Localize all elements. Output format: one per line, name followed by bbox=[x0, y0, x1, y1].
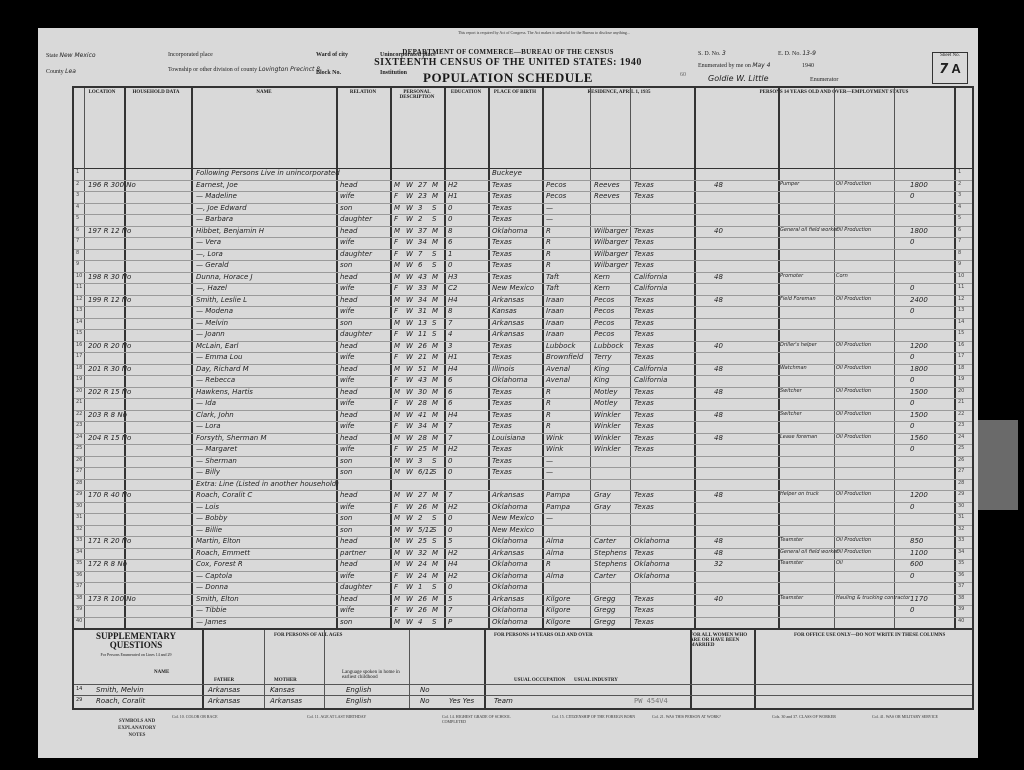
row-res-city: Pampa bbox=[546, 503, 570, 511]
row-race: W bbox=[406, 215, 413, 223]
row-relation: wife bbox=[340, 238, 354, 246]
row-res-county: Kern bbox=[594, 284, 610, 292]
row-line-number-right: 6 bbox=[958, 227, 961, 233]
row-industry: Oil Production bbox=[836, 434, 871, 440]
row-res-state: Texas bbox=[634, 399, 654, 407]
row-res-city: Iraan bbox=[546, 319, 564, 327]
row-relation: head bbox=[340, 388, 357, 396]
row-res-city: R bbox=[546, 411, 551, 419]
row-income: 0 bbox=[910, 376, 914, 384]
row-grade: H4 bbox=[448, 365, 458, 373]
row-line-number-right: 18 bbox=[958, 365, 964, 371]
row-income: 0 bbox=[910, 399, 914, 407]
row-relation: head bbox=[340, 273, 357, 281]
row-income: 1200 bbox=[910, 342, 928, 350]
row-res-county: Winkler bbox=[594, 434, 621, 442]
row-grade: 0 bbox=[448, 583, 452, 591]
row-res-county: Gregg bbox=[594, 606, 616, 614]
row-res-county: Motley bbox=[594, 388, 617, 396]
row-relation: wife bbox=[340, 307, 354, 315]
row-res-county: Stephens bbox=[594, 560, 627, 568]
row-res-city: Iraan bbox=[546, 307, 564, 315]
census-title: SIXTEENTH CENSUS OF THE UNITED STATES: 1… bbox=[328, 57, 688, 68]
row-grade: H2 bbox=[448, 549, 458, 557]
row-race: W bbox=[406, 353, 413, 361]
row-marital: M bbox=[432, 284, 438, 292]
sheet-number-box: Sheet No. 7 A bbox=[932, 52, 968, 84]
row-marital: M bbox=[432, 238, 438, 246]
row-income: 0 bbox=[910, 192, 914, 200]
row-sex: F bbox=[394, 284, 398, 292]
row-marital: S bbox=[432, 618, 436, 626]
row-income: 2400 bbox=[910, 296, 928, 304]
row-birthplace: Texas bbox=[492, 457, 512, 465]
enumerated-date-field: Enumerated by me on May 4 1940 bbox=[698, 62, 814, 69]
census-sheet: This report is required by Act of Congre… bbox=[38, 28, 978, 758]
row-marital: M bbox=[432, 388, 438, 396]
row-birthplace: Texas bbox=[492, 261, 512, 269]
row-grade: H3 bbox=[448, 273, 458, 281]
township-value: Lovington Precinct 8 bbox=[259, 66, 321, 73]
row-name: Extra: Line (Listed in another household… bbox=[196, 480, 339, 488]
row-line-number: 28 bbox=[76, 480, 82, 486]
row-relation: son bbox=[340, 457, 352, 465]
row-industry: Oil Production bbox=[836, 537, 871, 543]
row-birthplace: Oklahoma bbox=[492, 537, 528, 545]
row-race: W bbox=[406, 204, 413, 212]
row-grade: 0 bbox=[448, 514, 452, 522]
row-race: W bbox=[406, 468, 413, 476]
row-res-state: Texas bbox=[634, 227, 654, 235]
row-line-number: 40 bbox=[76, 618, 82, 624]
row-grade: H1 bbox=[448, 192, 458, 200]
row-income: 0 bbox=[910, 572, 914, 580]
row-sex: F bbox=[394, 307, 398, 315]
row-age: 31 bbox=[418, 307, 427, 315]
row-age: 27 bbox=[418, 181, 427, 189]
row-line-number-right: 8 bbox=[958, 250, 961, 256]
row-marital: M bbox=[432, 273, 438, 281]
row-res-county: Wilbarger bbox=[594, 250, 628, 258]
row-grade: 6 bbox=[448, 238, 452, 246]
row-grade: H2 bbox=[448, 181, 458, 189]
row-marital: M bbox=[432, 560, 438, 568]
row-sex: M bbox=[394, 388, 400, 396]
row-age: 7 bbox=[418, 250, 422, 258]
row-race: W bbox=[406, 537, 413, 545]
column-headers: LOCATION HOUSEHOLD DATA NAME RELATION PE… bbox=[74, 88, 972, 169]
row-birthplace: Oklahoma bbox=[492, 572, 528, 580]
row-age: 13 bbox=[418, 319, 427, 327]
row-res-county: Terry bbox=[594, 353, 612, 361]
row-res-city: Kilgore bbox=[546, 618, 570, 626]
row-res-city: Wink bbox=[546, 445, 563, 453]
row-res-city: Wink bbox=[546, 434, 563, 442]
row-hours: 48 bbox=[714, 273, 723, 281]
row-birthplace: Oklahoma bbox=[492, 618, 528, 626]
row-birthplace: Oklahoma bbox=[492, 227, 528, 235]
row-line-number: 2 bbox=[76, 181, 79, 187]
row-grade: H4 bbox=[448, 296, 458, 304]
row-res-state: Texas bbox=[634, 192, 654, 200]
row-res-state: Texas bbox=[634, 250, 654, 258]
row-age: 34 bbox=[418, 422, 427, 430]
row-grade: H4 bbox=[448, 560, 458, 568]
row-name: — Madeline bbox=[196, 192, 237, 200]
row-age: 2 bbox=[418, 514, 422, 522]
row-relation: son bbox=[340, 514, 352, 522]
row-res-county: Wilbarger bbox=[594, 238, 628, 246]
row-birthplace: Texas bbox=[492, 445, 512, 453]
row-age: 34 bbox=[418, 296, 427, 304]
row-birthplace: Texas bbox=[492, 215, 512, 223]
row-sex: F bbox=[394, 422, 398, 430]
row-res-city: R bbox=[546, 227, 551, 235]
row-birthplace: Texas bbox=[492, 273, 512, 281]
row-line-number-right: 40 bbox=[958, 618, 964, 624]
row-line-number: 33 bbox=[76, 537, 82, 543]
row-line-number-right: 28 bbox=[958, 480, 964, 486]
row-marital: M bbox=[432, 296, 438, 304]
row-industry: Oil Production bbox=[836, 365, 871, 371]
row-income: 0 bbox=[910, 353, 914, 361]
row-age: 32 bbox=[418, 549, 427, 557]
row-income: 0 bbox=[910, 238, 914, 246]
row-sex: M bbox=[394, 549, 400, 557]
row-name: —, Lora bbox=[196, 250, 223, 258]
row-line-number: 31 bbox=[76, 514, 82, 520]
row-name: — Joann bbox=[196, 330, 225, 338]
row-line-number-right: 24 bbox=[958, 434, 964, 440]
row-age: 11 bbox=[418, 330, 427, 338]
row-name: —, Joe Edward bbox=[196, 204, 247, 212]
row-line-number: 39 bbox=[76, 606, 82, 612]
row-sex: M bbox=[394, 261, 400, 269]
row-income: 1560 bbox=[910, 434, 928, 442]
row-line-number: 24 bbox=[76, 434, 82, 440]
row-race: W bbox=[406, 572, 413, 580]
row-marital: M bbox=[432, 399, 438, 407]
row-birthplace: New Mexico bbox=[492, 514, 534, 522]
row-line-number: 25 bbox=[76, 445, 82, 451]
row-res-state: Texas bbox=[634, 434, 654, 442]
row-birthplace: Oklahoma bbox=[492, 503, 528, 511]
row-age: 1 bbox=[418, 583, 422, 591]
row-household: 202 R 15 No bbox=[88, 388, 131, 396]
row-line-number-right: 21 bbox=[958, 399, 964, 405]
row-hours: 40 bbox=[714, 227, 723, 235]
row-line-number-right: 26 bbox=[958, 457, 964, 463]
row-name: — Billy bbox=[196, 468, 220, 476]
row-line-number-right: 16 bbox=[958, 342, 964, 348]
row-sex: M bbox=[394, 434, 400, 442]
row-grade: 5 bbox=[448, 595, 452, 603]
row-age: 43 bbox=[418, 376, 427, 384]
row-res-county: Lubbock bbox=[594, 342, 623, 350]
row-birthplace: Texas bbox=[492, 250, 512, 258]
row-relation: head bbox=[340, 434, 357, 442]
row-hours: 48 bbox=[714, 434, 723, 442]
row-line-number-right: 25 bbox=[958, 445, 964, 451]
row-res-state: Texas bbox=[634, 606, 654, 614]
row-line-number: 34 bbox=[76, 549, 82, 555]
row-res-city: R bbox=[546, 422, 551, 430]
row-relation: wife bbox=[340, 376, 354, 384]
row-age: 3 bbox=[418, 457, 422, 465]
row-name: Roach, Coralit C bbox=[196, 491, 252, 499]
row-name: Martin, Elton bbox=[196, 537, 241, 545]
row-birthplace: Oklahoma bbox=[492, 560, 528, 568]
row-line-number-right: 30 bbox=[958, 503, 964, 509]
row-res-city: — bbox=[546, 457, 553, 465]
row-line-number-right: 19 bbox=[958, 376, 964, 382]
row-line-number-right: 23 bbox=[958, 422, 964, 428]
enumerator-field: Goldie W. Little Enumerator bbox=[708, 74, 838, 83]
row-res-county: King bbox=[594, 365, 609, 373]
row-line-number-right: 4 bbox=[958, 204, 961, 210]
row-grade: 7 bbox=[448, 434, 452, 442]
row-line-number-right: 2 bbox=[958, 181, 961, 187]
row-res-county: Winkler bbox=[594, 445, 621, 453]
row-race: W bbox=[406, 365, 413, 373]
row-industry: Oil Production bbox=[836, 491, 871, 497]
row-race: W bbox=[406, 457, 413, 465]
row-birthplace: Arkansas bbox=[492, 319, 524, 327]
row-line-number-right: 13 bbox=[958, 307, 964, 313]
row-name: Smith, Elton bbox=[196, 595, 239, 603]
row-name: — Lora bbox=[196, 422, 221, 430]
row-race: W bbox=[406, 422, 413, 430]
row-line-number-right: 32 bbox=[958, 526, 964, 532]
row-grade: 3 bbox=[448, 342, 452, 350]
row-age: 23 bbox=[418, 192, 427, 200]
row-industry: Oil Production bbox=[836, 549, 871, 555]
row-name: — Emma Lou bbox=[196, 353, 242, 361]
row-res-state: Texas bbox=[634, 330, 654, 338]
row-birthplace: Texas bbox=[492, 204, 512, 212]
row-line-number: 4 bbox=[76, 204, 79, 210]
row-name: Following Persons Live in unincorporated bbox=[196, 169, 340, 177]
row-name: — Melvin bbox=[196, 319, 228, 327]
row-relation: wife bbox=[340, 284, 354, 292]
row-age: 33 bbox=[418, 284, 427, 292]
row-relation: wife bbox=[340, 503, 354, 511]
row-res-state: California bbox=[634, 273, 667, 281]
row-sex: M bbox=[394, 526, 400, 534]
row-occupation: Helper on truck bbox=[780, 491, 819, 497]
row-res-county: Wilbarger bbox=[594, 227, 628, 235]
row-birthplace: Texas bbox=[492, 192, 512, 200]
row-household: 170 R 40 No bbox=[88, 491, 131, 499]
row-birthplace: Arkansas bbox=[492, 330, 524, 338]
row-name: — Donna bbox=[196, 583, 228, 591]
row-occupation: Watchman bbox=[780, 365, 807, 371]
row-income: 0 bbox=[910, 606, 914, 614]
row-res-city: Taft bbox=[546, 284, 559, 292]
row-relation: daughter bbox=[340, 215, 372, 223]
row-hours: 48 bbox=[714, 411, 723, 419]
row-grade: 8 bbox=[448, 227, 452, 235]
row-relation: partner bbox=[340, 549, 366, 557]
row-res-county: Pecos bbox=[594, 330, 614, 338]
row-income: 1800 bbox=[910, 227, 928, 235]
row-birthplace: Oklahoma bbox=[492, 376, 528, 384]
row-household: 196 R 300 No bbox=[88, 181, 136, 189]
row-occupation: Teamster bbox=[780, 595, 803, 601]
row-res-state: California bbox=[634, 376, 667, 384]
row-birthplace: Louisiana bbox=[492, 434, 525, 442]
row-line-number-right: 14 bbox=[958, 319, 964, 325]
row-race: W bbox=[406, 560, 413, 568]
row-marital: S bbox=[432, 330, 436, 338]
row-sex: M bbox=[394, 468, 400, 476]
row-name: Cox, Forest R bbox=[196, 560, 243, 568]
row-res-city: — bbox=[546, 204, 553, 212]
row-marital: S bbox=[432, 204, 436, 212]
row-res-city: R bbox=[546, 560, 551, 568]
row-name: Hibbet, Benjamin H bbox=[196, 227, 264, 235]
row-birthplace: New Mexico bbox=[492, 526, 534, 534]
row-income: 0 bbox=[910, 503, 914, 511]
row-sex: M bbox=[394, 296, 400, 304]
row-race: W bbox=[406, 388, 413, 396]
row-sex: F bbox=[394, 572, 398, 580]
row-race: W bbox=[406, 411, 413, 419]
row-marital: M bbox=[432, 181, 438, 189]
row-marital: S bbox=[432, 514, 436, 522]
row-name: Hawkens, Hartis bbox=[196, 388, 253, 396]
row-occupation: Lease foreman bbox=[780, 434, 817, 440]
row-race: W bbox=[406, 445, 413, 453]
ed-field: E. D. No. 13-9 bbox=[778, 50, 816, 57]
row-res-county: Winkler bbox=[594, 411, 621, 419]
row-race: W bbox=[406, 434, 413, 442]
row-income: 1500 bbox=[910, 411, 928, 419]
row-line-number-right: 1 bbox=[958, 169, 961, 175]
row-res-county: Wilbarger bbox=[594, 261, 628, 269]
row-res-county: Pecos bbox=[594, 307, 614, 315]
row-name: McLain, Earl bbox=[196, 342, 238, 350]
row-res-city: Avenal bbox=[546, 376, 570, 384]
row-household: 203 R 8 No bbox=[88, 411, 127, 419]
row-res-state: Oklahoma bbox=[634, 560, 670, 568]
row-birthplace: Arkansas bbox=[492, 491, 524, 499]
row-line-number: 36 bbox=[76, 572, 82, 578]
row-res-county: Carter bbox=[594, 572, 616, 580]
background-object bbox=[978, 420, 1018, 510]
row-res-state: Texas bbox=[634, 503, 654, 511]
row-industry: Oil Production bbox=[836, 411, 871, 417]
row-grade: 0 bbox=[448, 261, 452, 269]
row-hours: 48 bbox=[714, 388, 723, 396]
row-line-number: 38 bbox=[76, 595, 82, 601]
row-age: 25 bbox=[418, 537, 427, 545]
row-line-number-right: 7 bbox=[958, 238, 961, 244]
row-relation: daughter bbox=[340, 583, 372, 591]
row-income: 1800 bbox=[910, 181, 928, 189]
row-res-state: Texas bbox=[634, 238, 654, 246]
row-res-city: Avenal bbox=[546, 365, 570, 373]
row-line-number: 12 bbox=[76, 296, 82, 302]
row-sex: M bbox=[394, 365, 400, 373]
row-age: 34 bbox=[418, 238, 427, 246]
row-sex: F bbox=[394, 192, 398, 200]
row-name: Day, Richard M bbox=[196, 365, 249, 373]
row-relation: wife bbox=[340, 422, 354, 430]
row-line-number-right: 31 bbox=[958, 514, 964, 520]
row-occupation: Pumper bbox=[780, 181, 799, 187]
row-line-number: 26 bbox=[76, 457, 82, 463]
row-line-number: 22 bbox=[76, 411, 82, 417]
row-line-number: 17 bbox=[76, 353, 82, 359]
row-name: Earnest, Joe bbox=[196, 181, 238, 189]
row-line-number-right: 33 bbox=[958, 537, 964, 543]
schedule-title: POPULATION SCHEDULE bbox=[358, 70, 658, 86]
row-race: W bbox=[406, 376, 413, 384]
row-race: W bbox=[406, 261, 413, 269]
block-field: Block No. bbox=[316, 70, 341, 76]
row-res-state: Oklahoma bbox=[634, 537, 670, 545]
row-res-state: Texas bbox=[634, 445, 654, 453]
row-marital: M bbox=[432, 342, 438, 350]
row-race: W bbox=[406, 238, 413, 246]
row-age: 27 bbox=[418, 491, 427, 499]
row-household: 173 R 100 No bbox=[88, 595, 136, 603]
row-income: 1800 bbox=[910, 365, 928, 373]
row-marital: M bbox=[432, 445, 438, 453]
row-res-city: Iraan bbox=[546, 330, 564, 338]
row-relation: son bbox=[340, 526, 352, 534]
row-income: 1500 bbox=[910, 388, 928, 396]
row-relation: head bbox=[340, 365, 357, 373]
row-line-number: 3 bbox=[76, 192, 79, 198]
row-age: 28 bbox=[418, 399, 427, 407]
row-marital: S bbox=[432, 319, 436, 327]
row-age: 26 bbox=[418, 342, 427, 350]
row-birthplace: Arkansas bbox=[492, 595, 524, 603]
row-grade: 8 bbox=[448, 307, 452, 315]
row-occupation: Teamster bbox=[780, 537, 803, 543]
row-line-number-right: 36 bbox=[958, 572, 964, 578]
legal-notice: This report is required by Act of Congre… bbox=[458, 30, 958, 35]
row-res-city: Alma bbox=[546, 572, 564, 580]
row-name: Smith, Leslie L bbox=[196, 296, 247, 304]
row-line-number-right: 38 bbox=[958, 595, 964, 601]
row-age: 28 bbox=[418, 434, 427, 442]
row-age: 3 bbox=[418, 204, 422, 212]
row-line-number: 35 bbox=[76, 560, 82, 566]
row-res-city: Iraan bbox=[546, 296, 564, 304]
row-occupation: General oil field worker bbox=[780, 549, 838, 555]
row-res-county: Gray bbox=[594, 491, 611, 499]
row-res-county: Pecos bbox=[594, 319, 614, 327]
row-line-number-right: 34 bbox=[958, 549, 964, 555]
row-birthplace: Texas bbox=[492, 468, 512, 476]
row-race: W bbox=[406, 583, 413, 591]
row-household: 171 R 20 No bbox=[88, 537, 131, 545]
row-hours: 48 bbox=[714, 296, 723, 304]
row-res-state: Texas bbox=[634, 411, 654, 419]
row-race: W bbox=[406, 491, 413, 499]
row-relation: wife bbox=[340, 399, 354, 407]
row-line-number-right: 3 bbox=[958, 192, 961, 198]
row-line-number: 14 bbox=[76, 319, 82, 325]
row-marital: M bbox=[432, 595, 438, 603]
row-line-number-right: 35 bbox=[958, 560, 964, 566]
row-line-number-right: 9 bbox=[958, 261, 961, 267]
row-age: 41 bbox=[418, 411, 427, 419]
row-income: 1170 bbox=[910, 595, 928, 603]
